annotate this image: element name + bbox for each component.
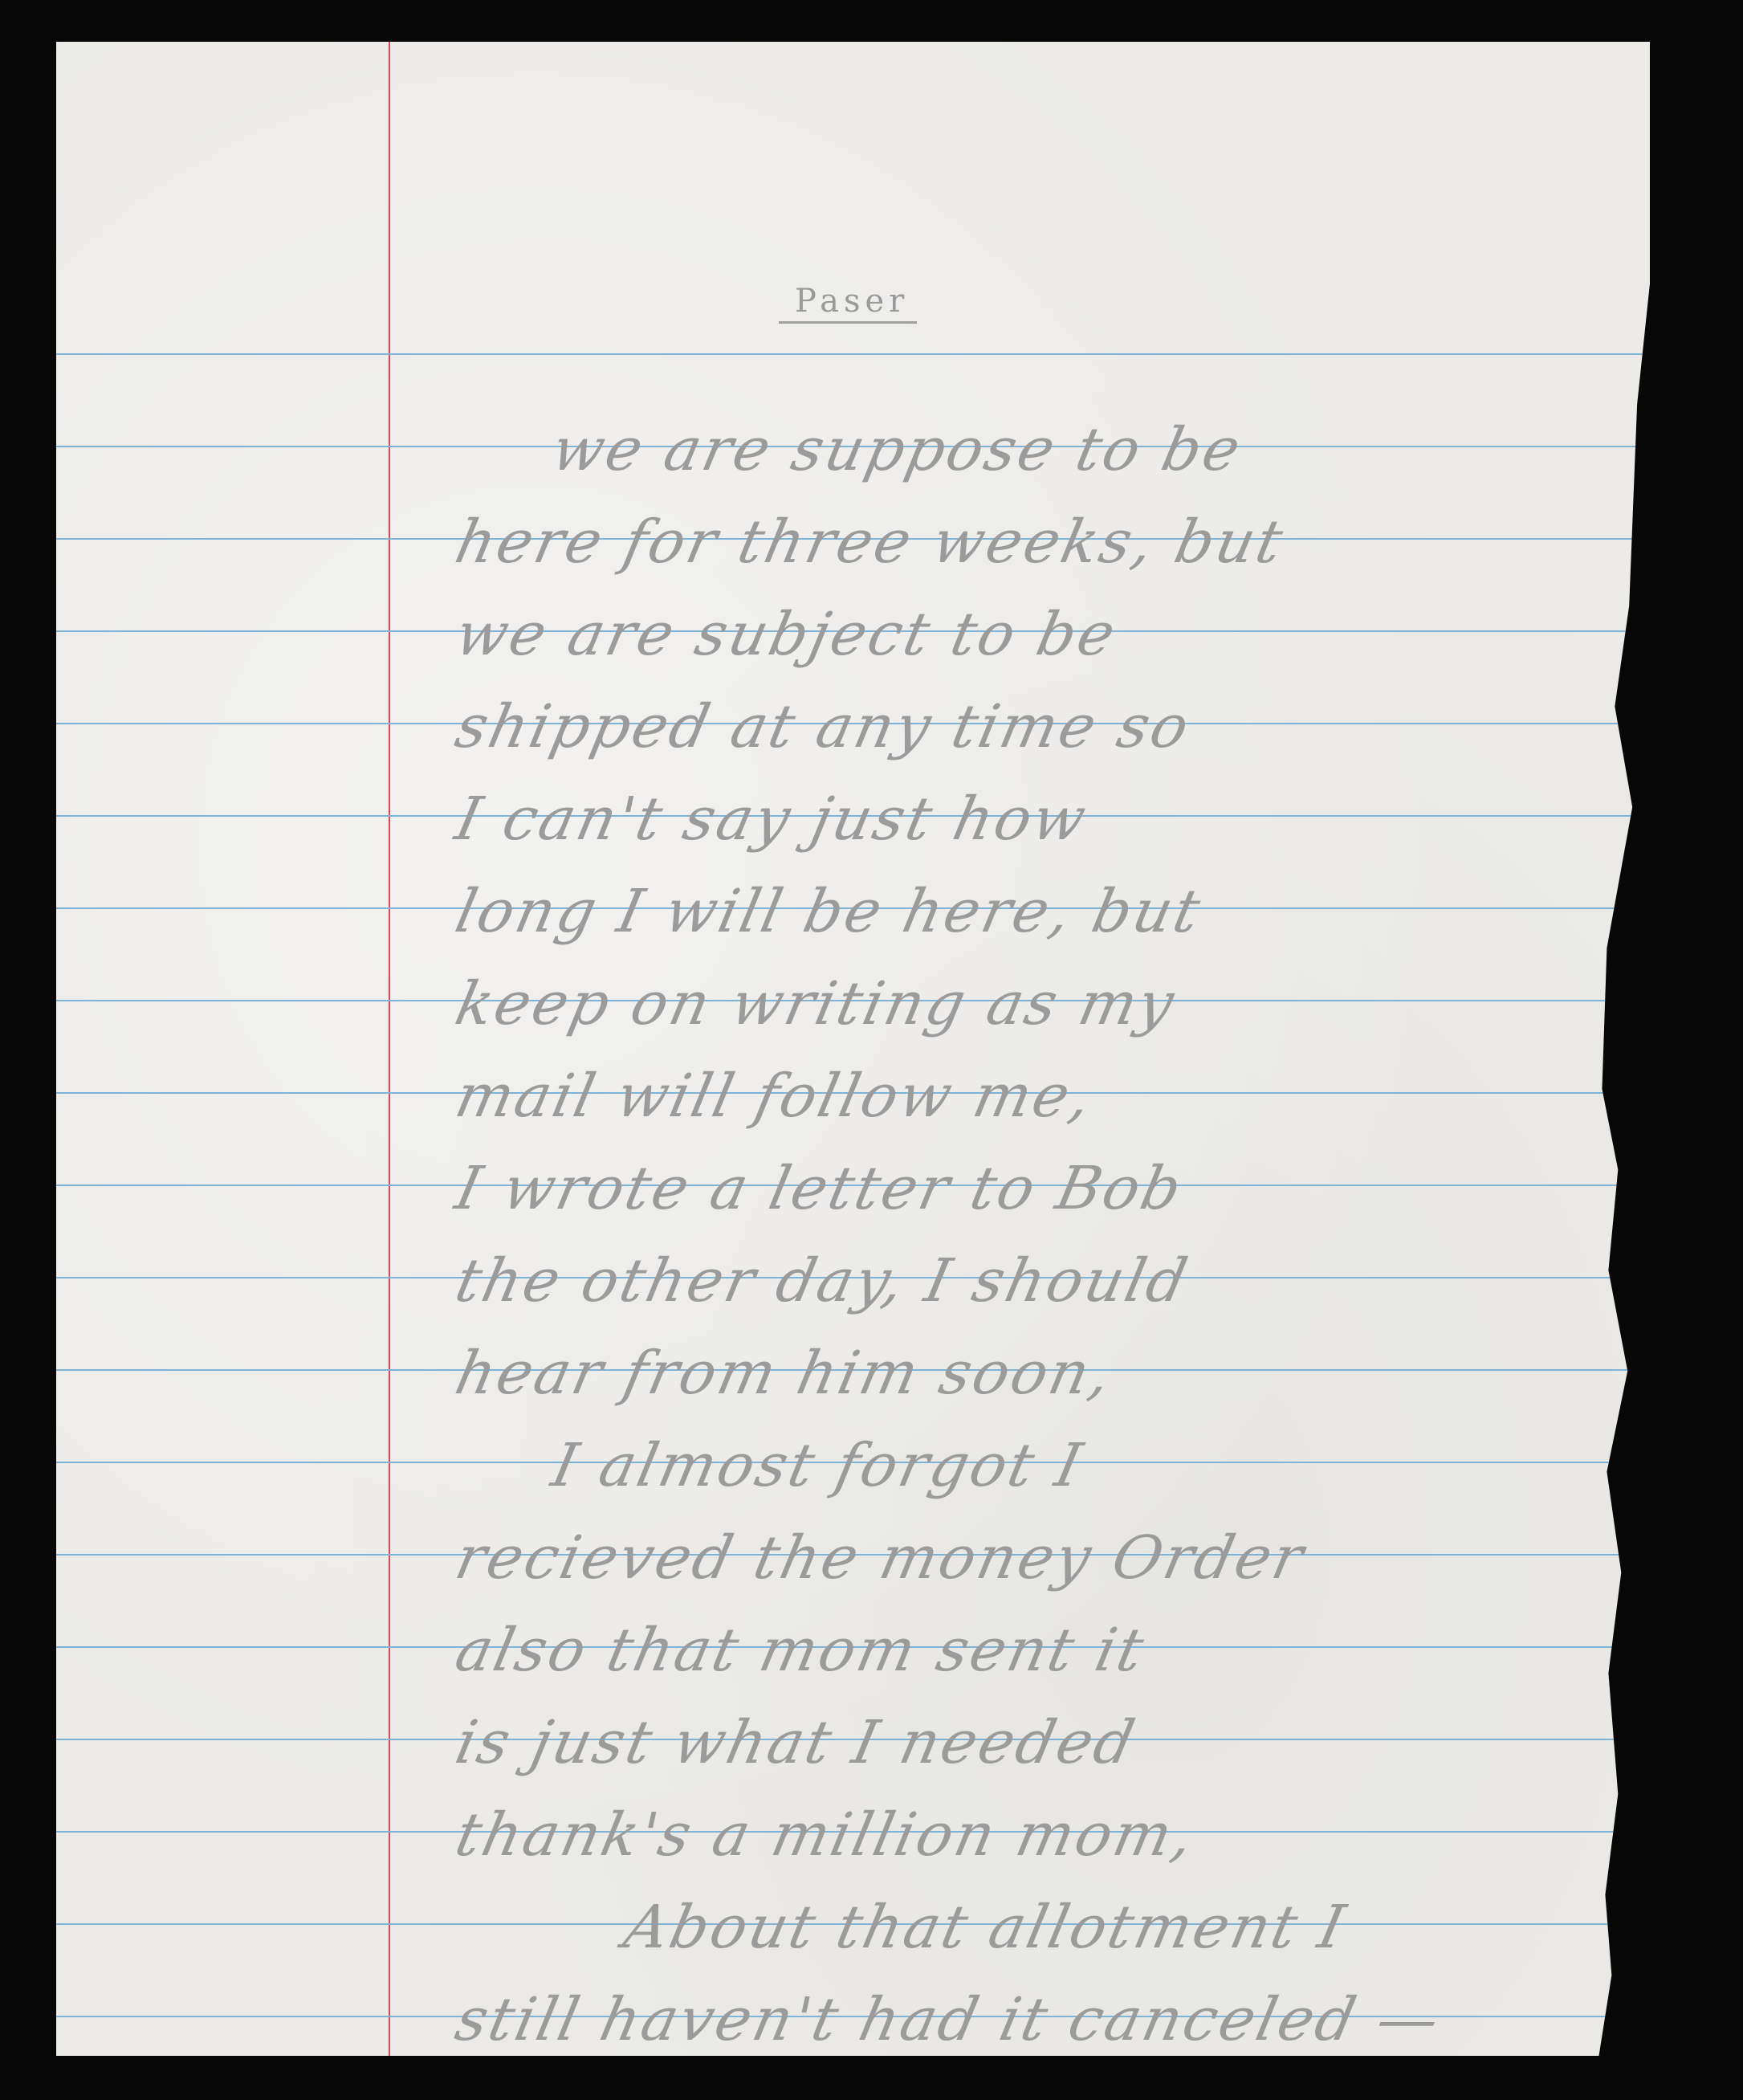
handwritten-line: mail will follow me, — [450, 1062, 1099, 1131]
handwritten-line: hear from him soon, — [450, 1339, 1119, 1408]
handwritten-line: we are suppose to be — [546, 415, 1248, 484]
handwritten-line: long I will be here, but — [450, 877, 1208, 946]
handwritten-line: we are subject to be — [450, 600, 1123, 669]
page-heading: Paser — [779, 283, 917, 324]
handwritten-line: I almost forgot I — [546, 1431, 1090, 1500]
handwritten-line: still haven't had it canceled — — [450, 1985, 1448, 2054]
handwritten-line: is just what I needed — [450, 1708, 1142, 1777]
handwritten-line: About that allotment I — [618, 1893, 1353, 1962]
letter-page: Paser we are suppose to be here for thre… — [56, 42, 1650, 2056]
rule-line — [56, 353, 1650, 355]
handwritten-line: shipped at any time so — [450, 692, 1197, 761]
handwritten-line: keep on writing as my — [450, 969, 1182, 1038]
handwritten-line: I can't say just how — [450, 785, 1094, 854]
margin-line — [389, 42, 390, 2056]
handwritten-line: also that mom sent it — [450, 1616, 1151, 1685]
handwritten-line: thank's a million mom, — [450, 1800, 1202, 1870]
handwritten-line: the other day, I should — [450, 1246, 1195, 1315]
handwritten-line: I wrote a letter to Bob — [450, 1154, 1190, 1223]
handwritten-line: recieved the money Order — [450, 1523, 1312, 1592]
handwritten-line: here for three weeks, but — [450, 508, 1291, 577]
